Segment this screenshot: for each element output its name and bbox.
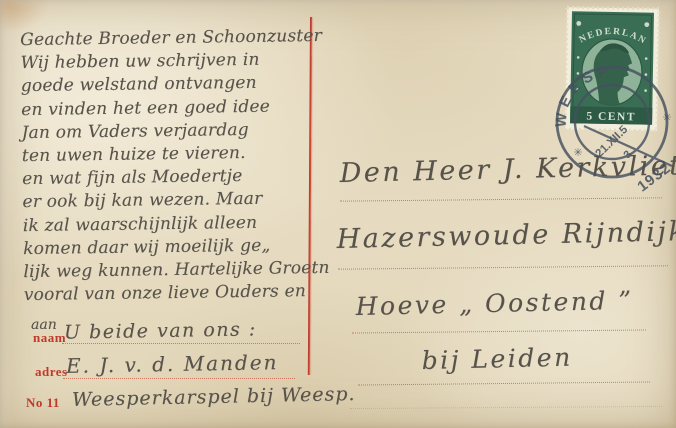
- postcard: Geachte Broeder en Schoonzuster Wij hebb…: [0, 0, 676, 428]
- address-rule: [358, 381, 650, 385]
- address-rule: [352, 329, 646, 333]
- sender-location: Weesperkarspel bij Weesp.: [72, 383, 356, 411]
- naam-value: U beide van ons :: [64, 318, 257, 343]
- postmark-hour-text: 3: [622, 148, 635, 161]
- postmark-cancel-icon: WEESP 21.XII.5 3 1932 ✳ ✳: [546, 56, 676, 196]
- address-rule: [340, 197, 662, 201]
- series-number: No 11: [26, 395, 60, 411]
- address-line-3: Hoeve „ Oostend ”: [355, 286, 634, 321]
- message-line: vooral van onze lieve Ouders en: [24, 280, 324, 307]
- message-block: Geachte Broeder en Schoonzuster Wij hebb…: [20, 25, 324, 308]
- naam-rule: [62, 343, 300, 344]
- postmark-star-icon: ✳: [573, 147, 582, 159]
- address-rule: [338, 265, 668, 269]
- adres-rule: [63, 378, 295, 379]
- address-line-2: Hazerswoude Rijndijk: [336, 216, 676, 255]
- adres-value: E. J. v. d. Manden: [66, 350, 279, 378]
- address-rule: [350, 406, 662, 409]
- address-line-4: bij Leiden: [421, 343, 573, 375]
- postmark-star-icon: ✳: [662, 112, 671, 124]
- message-line: Geachte Broeder en Schoonzuster: [20, 25, 320, 52]
- svg-text:WEESP: WEESP: [552, 63, 614, 128]
- postmark-town-text: WEESP: [552, 63, 614, 128]
